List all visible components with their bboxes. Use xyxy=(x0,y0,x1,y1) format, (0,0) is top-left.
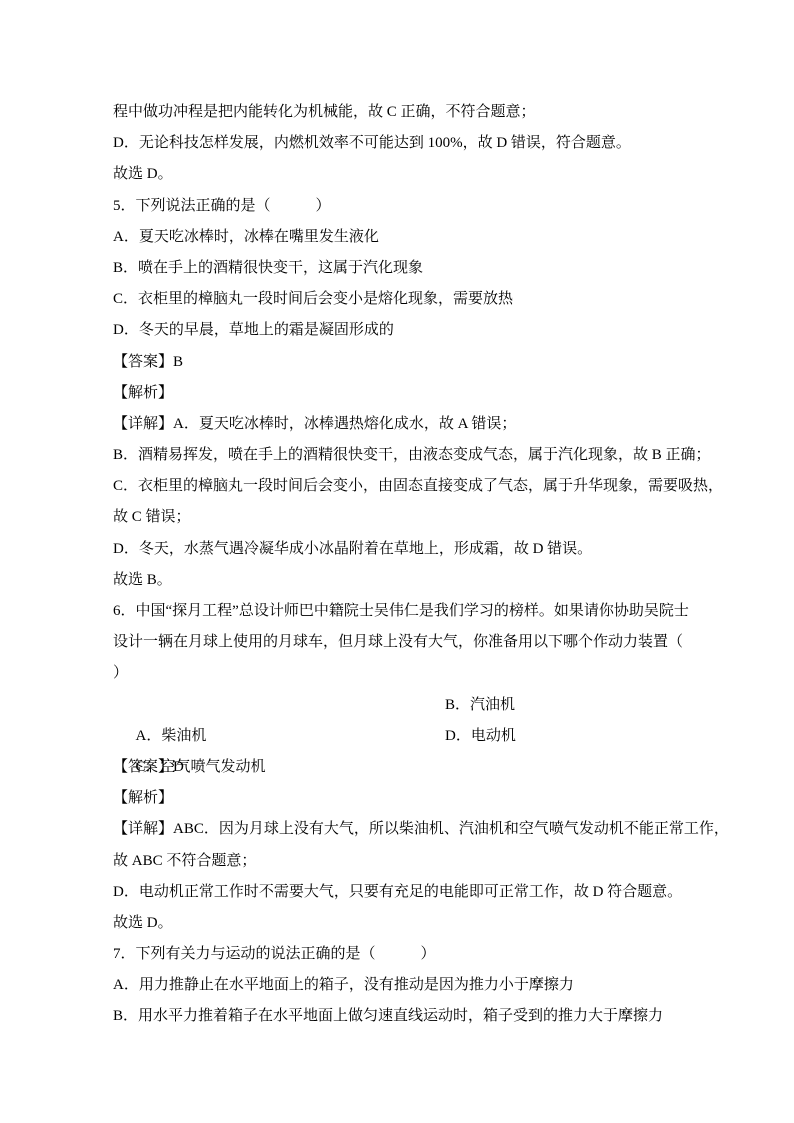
chosen-answer-q5: 故选 B。 xyxy=(113,565,733,596)
question-6-option-d: D．电动机 xyxy=(445,721,516,752)
document-page: 程中做功冲程是把内能转化为机械能，故 C 正确，不符合题意； D．无论科技怎样发… xyxy=(0,0,794,1123)
question-5-stem: 5．下列说法正确的是（ ） xyxy=(113,191,733,222)
explanation-line-q5-c1: C．衣柜里的樟脑丸一段时间后会变小，由固态直接变成了气态，属于升华现象，需要吸热… xyxy=(113,471,733,502)
explanation-line-q5-a: 【详解】A．夏天吃冰棒时，冰棒遇热熔化成水，故 A 错误； xyxy=(113,409,733,440)
question-7-option-a: A．用力推静止在水平地面上的箱子，没有推动是因为推力小于摩擦力 xyxy=(113,970,733,1001)
question-5-option-a: A．夏天吃冰棒时，冰棒在嘴里发生液化 xyxy=(113,222,733,253)
question-7-option-b: B．用水平力推着箱子在水平地面上做匀速直线运动时，箱子受到的推力大于摩擦力 xyxy=(113,1001,733,1032)
explanation-line-q5-d: D．冬天，水蒸气遇冷凝华成小冰晶附着在草地上，形成霜，故 D 错误。 xyxy=(113,534,733,565)
page-content: 程中做功冲程是把内能转化为机械能，故 C 正确，不符合题意； D．无论科技怎样发… xyxy=(113,97,733,1033)
explanation-line-q6-d: D．电动机正常工作时不需要大气，只要有充足的电能即可正常工作，故 D 符合题意。 xyxy=(113,877,733,908)
question-5-option-c: C．衣柜里的樟脑丸一段时间后会变小是熔化现象，需要放热 xyxy=(113,284,733,315)
question-6-option-row-cd: C．空气喷气发动机 D．电动机 xyxy=(113,721,733,752)
explanation-line-q5-b: B．酒精易挥发，喷在手上的酒精很快变干，由液态变成气态，属于汽化现象，故 B 正… xyxy=(113,440,733,471)
chosen-answer-q6: 故选 D。 xyxy=(113,908,733,939)
analysis-label-q6: 【解析】 xyxy=(113,783,733,814)
question-5-option-b: B．喷在手上的酒精很快变干，这属于汽化现象 xyxy=(113,253,733,284)
explanation-line-q4-d: D．无论科技怎样发展，内燃机效率不可能达到 100%，故 D 错误，符合题意。 xyxy=(113,128,733,159)
chosen-answer-q4: 故选 D。 xyxy=(113,159,733,190)
question-5-option-d: D．冬天的早晨，草地上的霜是凝固形成的 xyxy=(113,315,733,346)
explanation-line-q5-c2: 故 C 错误； xyxy=(113,502,733,533)
analysis-label-q5: 【解析】 xyxy=(113,378,733,409)
answer-label-q6: 【答案】D xyxy=(113,752,733,783)
question-6-option-b: B．汽油机 xyxy=(445,690,515,721)
question-6-option-row-ab: A．柴油机 B．汽油机 xyxy=(113,690,733,721)
question-6-stem-line1: 6．中国“探月工程”总设计师巴中籍院士吴伟仁是我们学习的榜样。如果请你协助吴院士 xyxy=(113,596,733,627)
answer-label-q5: 【答案】B xyxy=(113,347,733,378)
question-6-stem-line3: ） xyxy=(113,658,733,689)
question-6-stem-line2: 设计一辆在月球上使用的月球车，但月球上没有大气，你准备用以下哪个作动力装置（ xyxy=(113,627,733,658)
explanation-line-q6-abc1: 【详解】ABC．因为月球上没有大气，所以柴油机、汽油机和空气喷气发动机不能正常工… xyxy=(113,814,733,845)
question-7-stem: 7．下列有关力与运动的说法正确的是（ ） xyxy=(113,939,733,970)
explanation-line-q4-c: 程中做功冲程是把内能转化为机械能，故 C 正确，不符合题意； xyxy=(113,97,733,128)
explanation-line-q6-abc2: 故 ABC 不符合题意； xyxy=(113,846,733,877)
